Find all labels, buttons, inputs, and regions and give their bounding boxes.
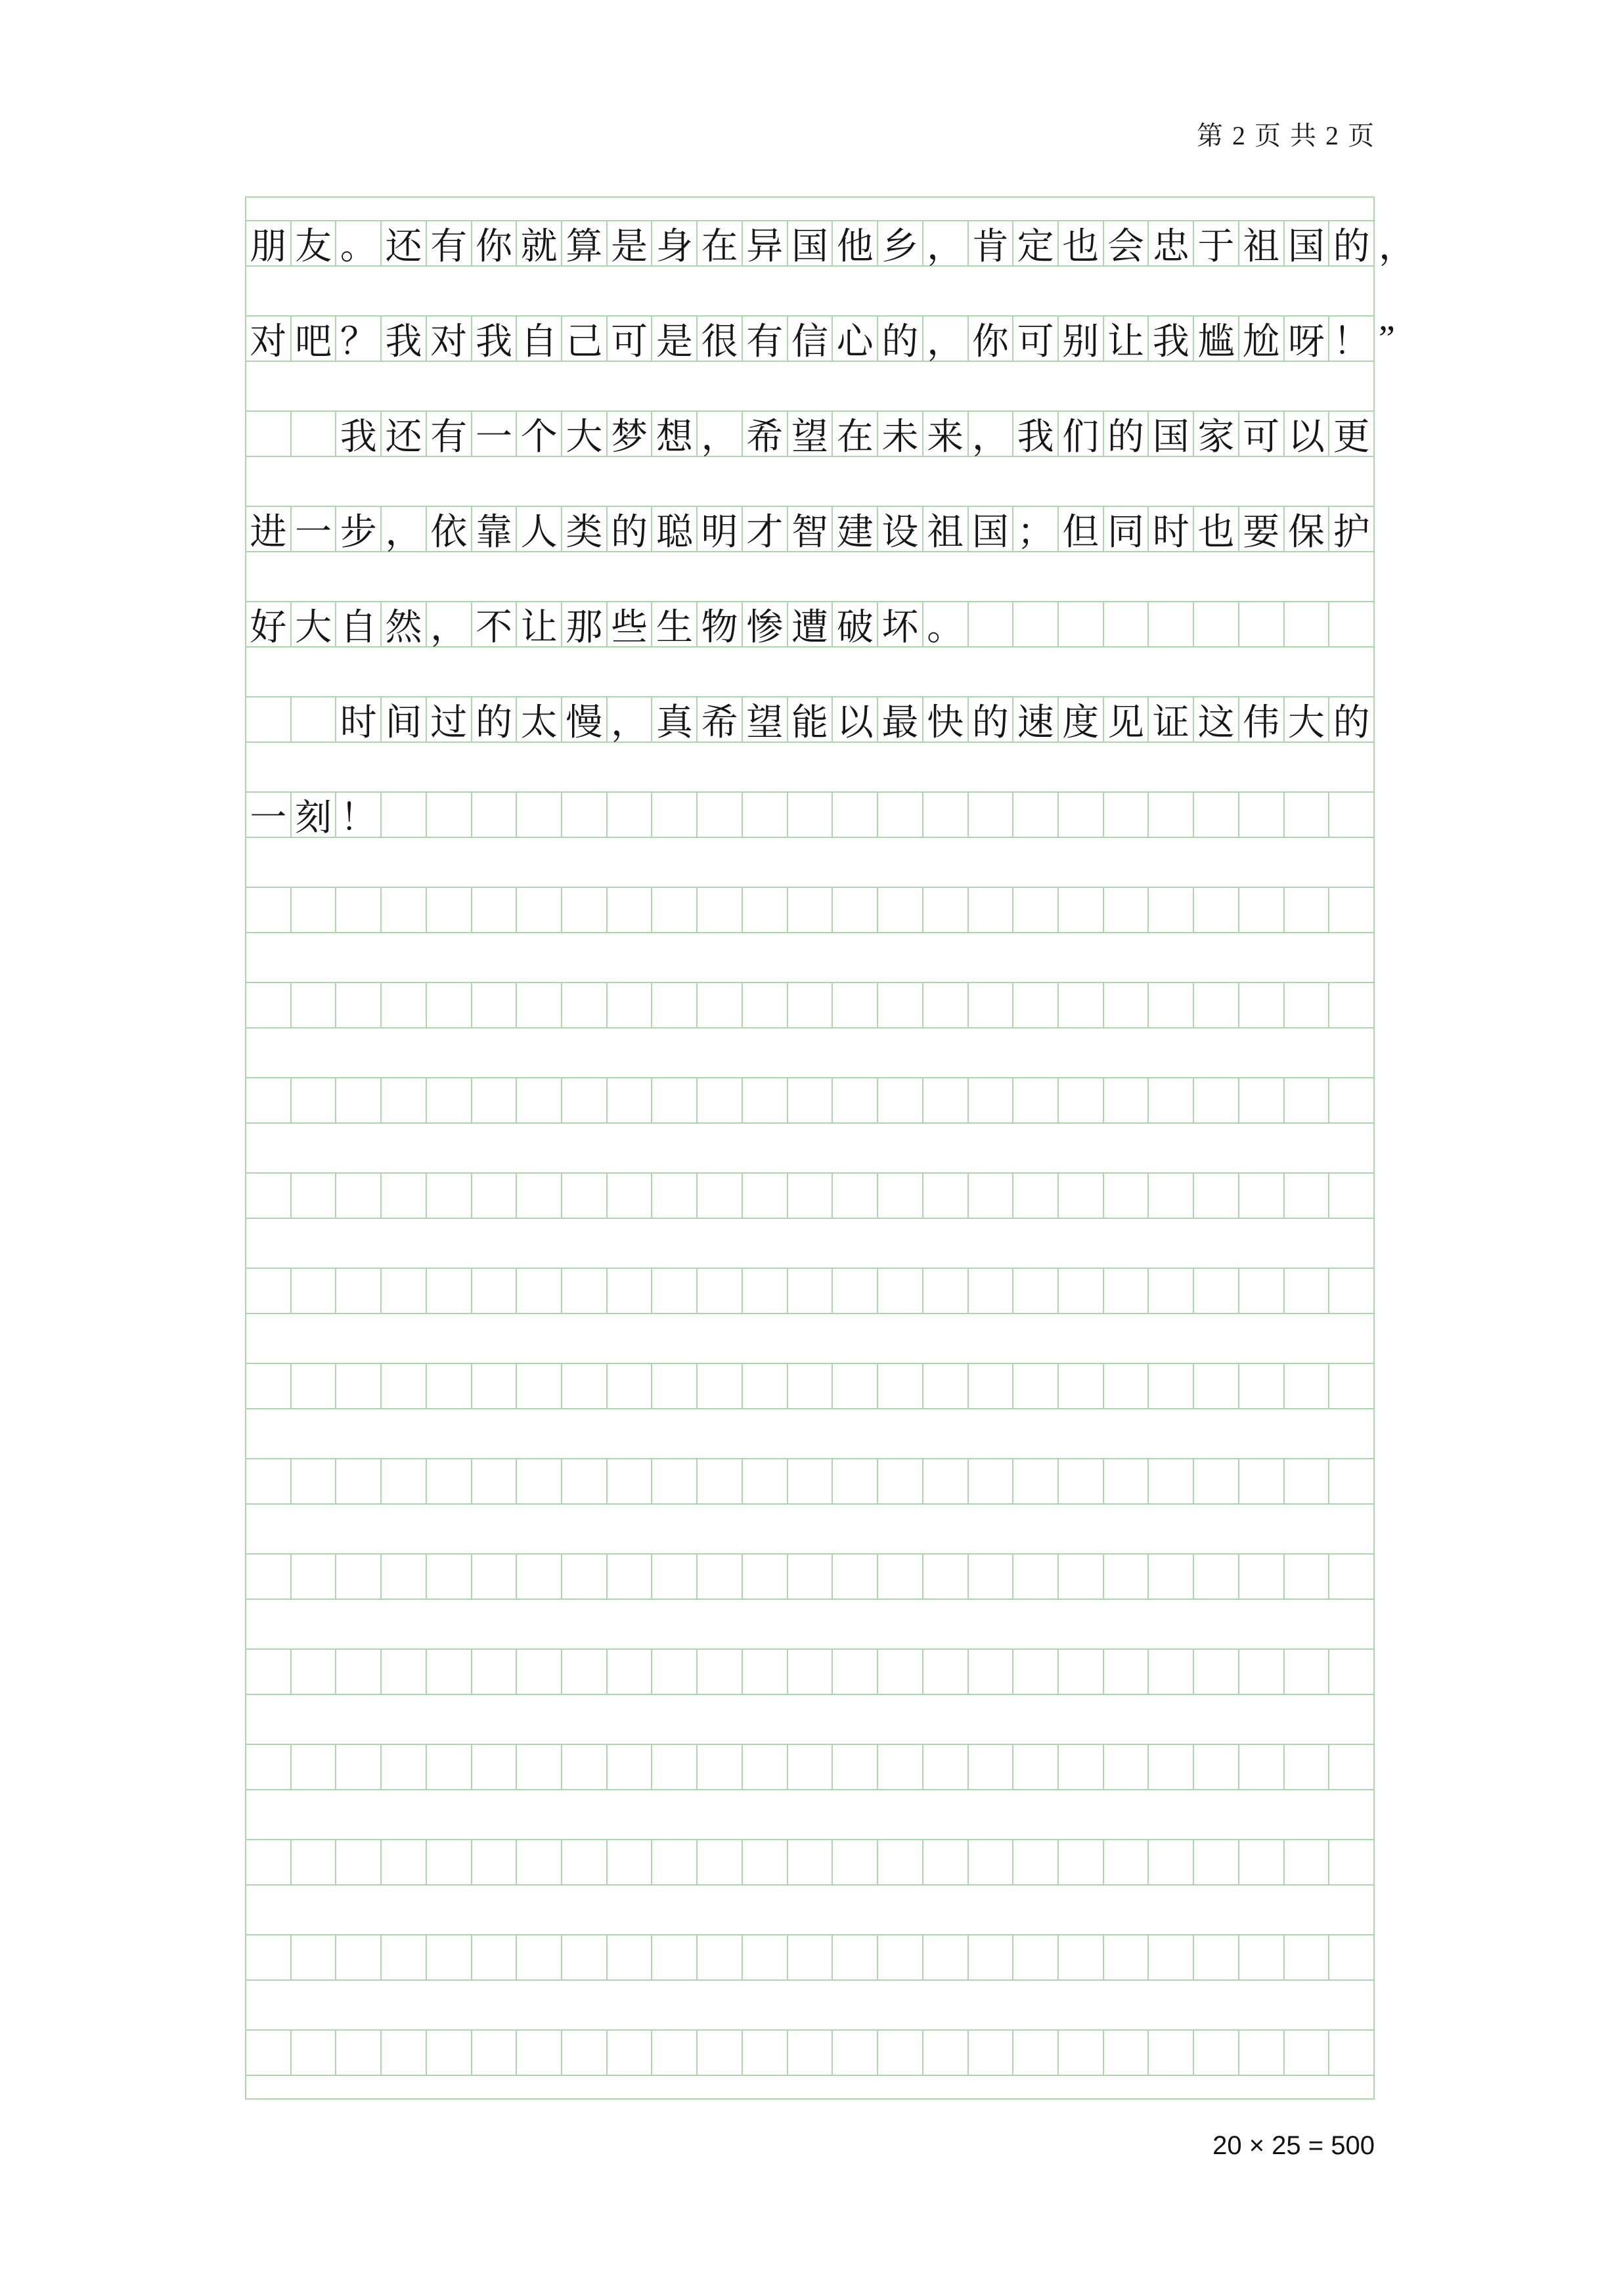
grid-cell: 伟 xyxy=(1238,697,1283,741)
grid-cell: 在 xyxy=(832,412,877,456)
grid-cell: 。 xyxy=(335,221,380,265)
grid-cell xyxy=(922,1269,967,1313)
grid-row xyxy=(246,1935,1373,1981)
grid-cell: 心 xyxy=(832,317,877,361)
grid-cell: ？ xyxy=(335,317,380,361)
grid-cell: 来 xyxy=(922,412,967,456)
grid-cell xyxy=(561,1174,606,1218)
grid-cell: 遭 xyxy=(787,602,832,646)
grid-cell xyxy=(832,1174,877,1218)
grid-cell xyxy=(561,1840,606,1884)
grid-cell xyxy=(1057,793,1103,837)
grid-spacer-row xyxy=(246,1314,1373,1364)
grid-cell xyxy=(1012,1174,1057,1218)
grid-cell xyxy=(380,888,426,932)
grid-cell xyxy=(561,1364,606,1408)
grid-cell xyxy=(1328,1364,1373,1408)
grid-cell xyxy=(246,1269,290,1313)
grid-cell: 度 xyxy=(1057,697,1103,741)
grid-cell xyxy=(606,2031,652,2075)
grid-cell: 真 xyxy=(651,697,696,741)
grid-cell: 祖 xyxy=(1238,221,1283,265)
grid-row: 一刻！ xyxy=(246,793,1373,838)
grid-cell: ； xyxy=(1012,507,1057,551)
grid-cell xyxy=(1238,1174,1283,1218)
grid-cell: 国 xyxy=(1147,412,1193,456)
grid-cell xyxy=(1193,1269,1238,1313)
grid-cell: 于 xyxy=(1193,221,1238,265)
grid-cell xyxy=(1283,1174,1329,1218)
grid-cell: 很 xyxy=(696,317,742,361)
grid-cell xyxy=(877,1364,922,1408)
grid-cell xyxy=(246,1364,290,1408)
grid-cell xyxy=(1103,1840,1148,1884)
grid-cell: 未 xyxy=(877,412,922,456)
grid-cell xyxy=(606,1745,652,1789)
grid-cell xyxy=(967,1745,1013,1789)
grid-cell: 见 xyxy=(1103,697,1148,741)
grid-cell: 物 xyxy=(696,602,742,646)
grid-spacer-row xyxy=(246,552,1373,602)
grid-cell: 己 xyxy=(561,317,606,361)
grid-cell xyxy=(246,2031,290,2075)
grid-cell xyxy=(832,1935,877,1979)
grid-cell xyxy=(651,1459,696,1503)
grid-cell: 依 xyxy=(426,507,471,551)
grid-row: 好大自然，不让那些生物惨遭破坏。 xyxy=(246,602,1373,648)
grid-cell xyxy=(742,1555,787,1599)
grid-cell xyxy=(696,1935,742,1979)
grid-cell xyxy=(1012,793,1057,837)
grid-cell xyxy=(1193,2031,1238,2075)
grid-cell xyxy=(877,983,922,1027)
grid-cell xyxy=(561,1935,606,1979)
grid-cell xyxy=(1147,793,1193,837)
grid-cell xyxy=(516,1935,561,1979)
grid-cell xyxy=(651,1555,696,1599)
grid-row: 时间过的太慢，真希望能以最快的速度见证这伟大的 xyxy=(246,697,1373,743)
grid-cell xyxy=(787,983,832,1027)
grid-cell xyxy=(1057,888,1103,932)
grid-cell: 肯 xyxy=(967,221,1013,265)
grid-cell xyxy=(1012,1935,1057,1979)
grid-cell xyxy=(1147,1364,1193,1408)
grid-cell xyxy=(290,1935,336,1979)
grid-cell xyxy=(290,697,336,741)
grid-cell: 以 xyxy=(1283,412,1329,456)
grid-size-note: 20 × 25 = 500 xyxy=(1212,2130,1375,2161)
grid-spacer-row xyxy=(246,648,1373,697)
grid-cell xyxy=(651,1650,696,1694)
grid-cell xyxy=(877,1935,922,1979)
grid-cell xyxy=(380,1078,426,1122)
grid-row: 进一步，依靠人类的聪明才智建设祖国；但同时也要保护 xyxy=(246,507,1373,552)
grid-cell: 你 xyxy=(967,317,1013,361)
grid-cell xyxy=(832,983,877,1027)
grid-cell xyxy=(1283,793,1329,837)
grid-cell xyxy=(922,1364,967,1408)
grid-cell xyxy=(561,1459,606,1503)
grid-cell xyxy=(787,1364,832,1408)
grid-cell xyxy=(1283,1650,1329,1694)
grid-cell: 过 xyxy=(426,697,471,741)
grid-cell xyxy=(1193,1459,1238,1503)
grid-cell: 算 xyxy=(561,221,606,265)
grid-cell xyxy=(426,1935,471,1979)
grid-cell xyxy=(922,1840,967,1884)
grid-cell: 惨 xyxy=(742,602,787,646)
grid-cell xyxy=(471,2031,516,2075)
grid-cell xyxy=(696,1840,742,1884)
grid-cell xyxy=(832,1555,877,1599)
grid-cell xyxy=(1012,1745,1057,1789)
grid-cell xyxy=(967,1269,1013,1313)
grid-cell xyxy=(1238,1078,1283,1122)
grid-cell xyxy=(922,1745,967,1789)
grid-cell: 定 xyxy=(1012,221,1057,265)
grid-cell: 是 xyxy=(651,317,696,361)
grid-cell: 太 xyxy=(516,697,561,741)
grid-cell xyxy=(877,1555,922,1599)
grid-row xyxy=(246,1745,1373,1790)
grid-cell xyxy=(1103,1745,1148,1789)
grid-cell xyxy=(606,1650,652,1694)
grid-cell: 类 xyxy=(561,507,606,551)
grid-cell: 快 xyxy=(922,697,967,741)
grid-cell: ， xyxy=(967,412,1013,456)
grid-cell: 一 xyxy=(246,793,290,837)
grid-cell xyxy=(1328,888,1373,932)
grid-cell xyxy=(1103,602,1148,646)
grid-cell xyxy=(290,1459,336,1503)
grid-cell: 一 xyxy=(290,507,336,551)
grid-cell xyxy=(651,1840,696,1884)
grid-cell xyxy=(832,1840,877,1884)
grid-cell: 家 xyxy=(1193,412,1238,456)
grid-cell xyxy=(696,1364,742,1408)
grid-cell: 是 xyxy=(606,221,652,265)
grid-cell: 建 xyxy=(832,507,877,551)
grid-cell xyxy=(922,983,967,1027)
grid-cell: ！ xyxy=(1328,317,1373,361)
grid-cell: 信 xyxy=(787,317,832,361)
grid-cell: 望 xyxy=(742,697,787,741)
grid-cell xyxy=(1012,983,1057,1027)
grid-cell xyxy=(335,1364,380,1408)
grid-cell xyxy=(1057,1174,1103,1218)
grid-spacer-row xyxy=(246,2076,1373,2098)
grid-cell xyxy=(471,1269,516,1313)
grid-cell xyxy=(606,1174,652,1218)
grid-cell: 的 xyxy=(877,317,922,361)
grid-cell xyxy=(516,1555,561,1599)
grid-cell: 可 xyxy=(1238,412,1283,456)
grid-cell: 破 xyxy=(832,602,877,646)
grid-cell: 然 xyxy=(380,602,426,646)
grid-cell xyxy=(426,1174,471,1218)
grid-cell xyxy=(742,2031,787,2075)
grid-cell xyxy=(561,888,606,932)
grid-cell xyxy=(651,2031,696,2075)
grid-cell xyxy=(335,1459,380,1503)
grid-cell: 会 xyxy=(1103,221,1148,265)
grid-cell xyxy=(832,793,877,837)
grid-cell xyxy=(1057,1459,1103,1503)
grid-cell: 生 xyxy=(651,602,696,646)
grid-cell xyxy=(742,1364,787,1408)
grid-cell xyxy=(967,2031,1013,2075)
grid-cell xyxy=(380,1364,426,1408)
grid-cell xyxy=(426,2031,471,2075)
grid-cell: 别 xyxy=(1057,317,1103,361)
grid-cell: 智 xyxy=(787,507,832,551)
grid-cell xyxy=(426,1364,471,1408)
grid-cell: 间 xyxy=(380,697,426,741)
grid-cell xyxy=(1193,983,1238,1027)
grid-cell xyxy=(742,1935,787,1979)
grid-cell xyxy=(651,1269,696,1313)
grid-cell xyxy=(335,1935,380,1979)
grid-cell xyxy=(1328,1935,1373,1979)
grid-cell xyxy=(922,793,967,837)
grid-row xyxy=(246,1650,1373,1695)
grid-cell xyxy=(696,1269,742,1313)
grid-cell xyxy=(426,983,471,1027)
grid-cell xyxy=(426,1078,471,1122)
grid-cell xyxy=(1193,1650,1238,1694)
grid-cell xyxy=(922,1078,967,1122)
grid-cell xyxy=(877,1174,922,1218)
grid-spacer-row xyxy=(246,838,1373,888)
grid-cell xyxy=(1103,2031,1148,2075)
grid-cell xyxy=(290,888,336,932)
grid-cell xyxy=(922,888,967,932)
grid-cell xyxy=(1147,1078,1193,1122)
grid-cell xyxy=(246,1935,290,1979)
grid-cell xyxy=(1283,1555,1329,1599)
grid-cell xyxy=(606,1364,652,1408)
grid-cell xyxy=(922,2031,967,2075)
grid-cell xyxy=(246,1078,290,1122)
grid-cell xyxy=(877,1459,922,1503)
grid-cell xyxy=(787,1745,832,1789)
grid-cell: 们 xyxy=(1057,412,1103,456)
grid-cell xyxy=(380,1174,426,1218)
grid-spacer-row xyxy=(246,1695,1373,1745)
grid-cell xyxy=(246,1459,290,1503)
grid-row xyxy=(246,1078,1373,1124)
grid-cell xyxy=(877,1078,922,1122)
grid-cell: 就 xyxy=(516,221,561,265)
grid-cell xyxy=(1283,888,1329,932)
grid-cell xyxy=(246,1745,290,1789)
grid-cell xyxy=(1238,602,1283,646)
grid-cell xyxy=(742,1269,787,1313)
grid-cell xyxy=(380,1840,426,1884)
grid-cell: 可 xyxy=(1012,317,1057,361)
grid-cell xyxy=(877,2031,922,2075)
grid-cell xyxy=(290,412,336,456)
grid-cell xyxy=(651,983,696,1027)
grid-cell: 刻 xyxy=(290,793,336,837)
grid-cell xyxy=(787,1459,832,1503)
grid-cell xyxy=(1012,1650,1057,1694)
grid-cell xyxy=(651,793,696,837)
grid-cell xyxy=(742,983,787,1027)
grid-cell xyxy=(1057,602,1103,646)
grid-cell xyxy=(1238,1650,1283,1694)
grid-cell xyxy=(516,1364,561,1408)
grid-cell xyxy=(1238,1935,1283,1979)
grid-cell xyxy=(742,888,787,932)
grid-row xyxy=(246,1269,1373,1314)
grid-cell: 的 xyxy=(1328,221,1373,265)
grid-cell: 希 xyxy=(696,697,742,741)
grid-cell xyxy=(1283,1364,1329,1408)
grid-cell xyxy=(516,1650,561,1694)
grid-cell xyxy=(1103,888,1148,932)
grid-cell xyxy=(561,1269,606,1313)
grid-spacer-row xyxy=(246,1028,1373,1078)
grid-cell xyxy=(1012,1364,1057,1408)
grid-cell: 我 xyxy=(380,317,426,361)
grid-cell xyxy=(651,1935,696,1979)
grid-cell xyxy=(967,1555,1013,1599)
grid-cell xyxy=(561,1745,606,1789)
grid-cell xyxy=(290,1364,336,1408)
grid-cell xyxy=(651,1078,696,1122)
grid-cell xyxy=(1238,983,1283,1027)
grid-cell xyxy=(426,1745,471,1789)
grid-cell xyxy=(1193,1174,1238,1218)
grid-cell: 有 xyxy=(426,221,471,265)
grid-cell xyxy=(426,1840,471,1884)
grid-cell xyxy=(742,1174,787,1218)
grid-cell xyxy=(1328,1269,1373,1313)
grid-cell xyxy=(1012,2031,1057,2075)
grid-cell xyxy=(787,793,832,837)
grid-row xyxy=(246,2031,1373,2076)
grid-cell xyxy=(290,1650,336,1694)
grid-cell xyxy=(335,1555,380,1599)
grid-cell xyxy=(335,1269,380,1313)
grid-cell: 一 xyxy=(471,412,516,456)
grid-cell xyxy=(290,1269,336,1313)
grid-cell xyxy=(787,1555,832,1599)
grid-cell xyxy=(1328,1174,1373,1218)
grid-cell xyxy=(561,983,606,1027)
grid-cell xyxy=(1238,1840,1283,1884)
grid-cell xyxy=(606,1840,652,1884)
grid-cell xyxy=(1193,1078,1238,1122)
grid-cell xyxy=(1057,1840,1103,1884)
grid-cell xyxy=(1238,1269,1283,1313)
grid-cell: 聪 xyxy=(651,507,696,551)
grid-cell xyxy=(787,1078,832,1122)
grid-cell xyxy=(1328,1078,1373,1122)
grid-row xyxy=(246,1459,1373,1505)
grid-cell: 让 xyxy=(516,602,561,646)
grid-cell: ， xyxy=(426,602,471,646)
grid-cell xyxy=(1238,1745,1283,1789)
grid-cell xyxy=(787,1935,832,1979)
grid-row: 对吧？我对我自己可是很有信心的，你可别让我尴尬呀！” xyxy=(246,317,1373,362)
grid-cell xyxy=(335,2031,380,2075)
grid-cell: 时 xyxy=(335,697,380,741)
grid-cell xyxy=(471,1555,516,1599)
grid-cell xyxy=(651,888,696,932)
grid-cell xyxy=(1283,1459,1329,1503)
grid-spacer-row xyxy=(246,933,1373,983)
grid-cell xyxy=(246,697,290,741)
grid-cell xyxy=(967,1364,1013,1408)
grid-cell: 望 xyxy=(787,412,832,456)
grid-cell: 护 xyxy=(1328,507,1373,551)
grid-cell xyxy=(1012,1269,1057,1313)
grid-cell xyxy=(1328,1555,1373,1599)
grid-cell xyxy=(1147,1459,1193,1503)
grid-cell xyxy=(922,1555,967,1599)
grid-spacer-row xyxy=(246,1219,1373,1269)
grid-cell: 也 xyxy=(1193,507,1238,551)
grid-cell xyxy=(516,1269,561,1313)
grid-cell xyxy=(471,1745,516,1789)
grid-cell xyxy=(290,1078,336,1122)
grid-cell xyxy=(1057,1745,1103,1789)
grid-cell: 不 xyxy=(471,602,516,646)
grid-cell xyxy=(246,1840,290,1884)
grid-cell xyxy=(471,1174,516,1218)
grid-cell xyxy=(246,983,290,1027)
grid-cell: 可 xyxy=(606,317,652,361)
grid-cell xyxy=(1057,1078,1103,1122)
grid-cell: 能 xyxy=(787,697,832,741)
grid-cell xyxy=(877,888,922,932)
grid-cell: 友 xyxy=(290,221,336,265)
grid-cell xyxy=(967,1174,1013,1218)
grid-cell xyxy=(1283,602,1329,646)
grid-cell xyxy=(832,1078,877,1122)
grid-cell xyxy=(1147,1269,1193,1313)
grid-row: 朋友。还有你就算是身在异国他乡，肯定也会忠于祖国的， xyxy=(246,221,1373,267)
grid-cell xyxy=(1103,983,1148,1027)
grid-cell xyxy=(1283,2031,1329,2075)
grid-cell xyxy=(606,1935,652,1979)
grid-cell: 让 xyxy=(1103,317,1148,361)
grid-cell: 保 xyxy=(1283,507,1329,551)
grid-cell xyxy=(696,1174,742,1218)
grid-cell: 但 xyxy=(1057,507,1103,551)
grid-cell xyxy=(877,793,922,837)
grid-cell xyxy=(787,1269,832,1313)
grid-cell: 我 xyxy=(471,317,516,361)
page-number-header: 第 2 页 共 2 页 xyxy=(1197,120,1375,152)
grid-cell xyxy=(516,1459,561,1503)
grid-cell xyxy=(335,1650,380,1694)
composition-grid: 朋友。还有你就算是身在异国他乡，肯定也会忠于祖国的，对吧？我对我自己可是很有信心… xyxy=(245,196,1375,2100)
grid-cell: 我 xyxy=(1147,317,1193,361)
grid-cell xyxy=(1057,1555,1103,1599)
grid-cell xyxy=(742,1459,787,1503)
grid-cell: 身 xyxy=(651,221,696,265)
grid-cell xyxy=(516,793,561,837)
grid-cell xyxy=(1057,1650,1103,1694)
grid-cell xyxy=(471,1935,516,1979)
grid-cell: 也 xyxy=(1057,221,1103,265)
grid-cell xyxy=(967,1078,1013,1122)
document-page: 第 2 页 共 2 页 朋友。还有你就算是身在异国他乡，肯定也会忠于祖国的，对吧… xyxy=(0,0,1621,2296)
grid-row xyxy=(246,1174,1373,1219)
